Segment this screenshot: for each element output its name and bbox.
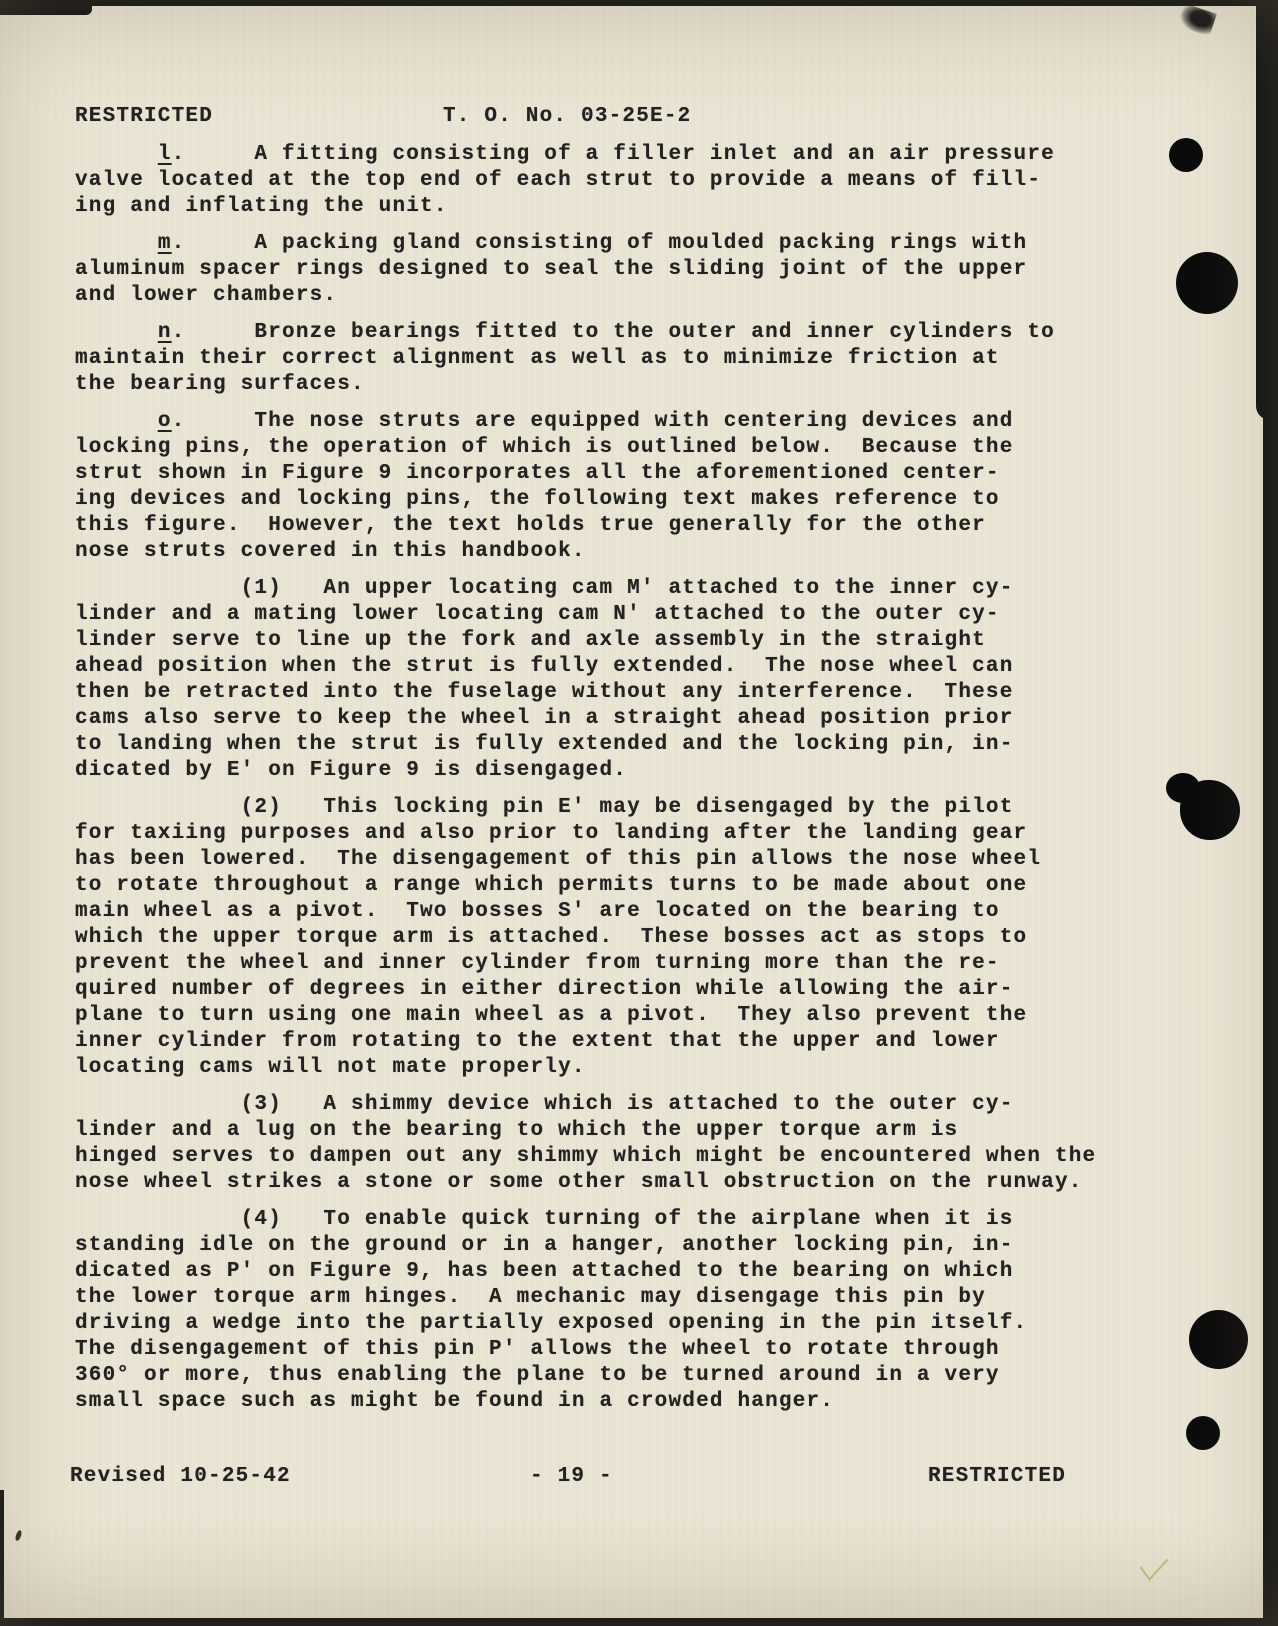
text-line: (4) To enable quick turning of the airpl… [75, 1207, 1096, 1233]
text-line: small space such as might be found in a … [75, 1389, 1096, 1415]
paragraph-label: (1) [241, 577, 282, 600]
text-line: main wheel as a pivot. Two bosses S' are… [75, 899, 1096, 925]
text-line: m. A packing gland consisting of moulded… [75, 231, 1096, 257]
text-line: ing devices and locking pins, the follow… [75, 487, 1096, 513]
header-classification: RESTRICTED [75, 104, 213, 130]
text-line: prevent the wheel and inner cylinder fro… [75, 951, 1096, 977]
paragraph-label: (3) [241, 1093, 282, 1116]
text-line: strut shown in Figure 9 incorporates all… [75, 461, 1096, 487]
scan-edge-left [0, 1490, 4, 1626]
text-line: inner cylinder from rotating to the exte… [75, 1029, 1096, 1055]
text-line: (3) A shimmy device which is attached to… [75, 1092, 1096, 1118]
text-line: nose wheel strikes a stone or some other… [75, 1170, 1096, 1196]
text-line: nose struts covered in this handbook. [75, 539, 1096, 565]
paragraph: (1) An upper locating cam M' attached to… [75, 576, 1096, 784]
text-line: for taxiing purposes and also prior to l… [75, 821, 1096, 847]
page-header: RESTRICTED T. O. No. 03-25E-2 [0, 104, 1278, 130]
text-line: o. The nose struts are equipped with cen… [75, 409, 1096, 435]
text-line: (2) This locking pin E' may be disengage… [75, 795, 1096, 821]
text-line: then be retracted into the fuselage with… [75, 680, 1096, 706]
footer-revision-date: Revised 10-25-42 [70, 1464, 291, 1490]
text-line: standing idle on the ground or in a hang… [75, 1233, 1096, 1259]
scan-edge-right [1263, 0, 1278, 1626]
paragraph: l. A fitting consisting of a filler inle… [75, 142, 1096, 220]
paragraph: n. Bronze bearings fitted to the outer a… [75, 320, 1096, 398]
text-line: linder and a mating lower locating cam N… [75, 602, 1096, 628]
text-line: linder serve to line up the fork and axl… [75, 628, 1096, 654]
paragraph-label: (2) [241, 796, 282, 819]
paragraph-label: n [158, 321, 172, 344]
text-line: and lower chambers. [75, 283, 1096, 309]
text-line: The disengagement of this pin P' allows … [75, 1337, 1096, 1363]
text-line: locating cams will not mate properly. [75, 1055, 1096, 1081]
text-line: hinged serves to dampen out any shimmy w… [75, 1144, 1096, 1170]
paragraph: m. A packing gland consisting of moulded… [75, 231, 1096, 309]
text-line: to rotate throughout a range which permi… [75, 873, 1096, 899]
header-to-number: T. O. No. 03-25E-2 [443, 104, 691, 130]
text-line: ing and inflating the unit. [75, 194, 1096, 220]
text-line: aluminum spacer rings designed to seal t… [75, 257, 1096, 283]
text-line: l. A fitting consisting of a filler inle… [75, 142, 1096, 168]
punch-hole [1189, 1310, 1248, 1369]
scan-edge-top-left [0, 0, 92, 15]
text-line: dicated as P' on Figure 9, has been atta… [75, 1259, 1096, 1285]
text-line: this figure. However, the text holds tru… [75, 513, 1096, 539]
paragraph: (3) A shimmy device which is attached to… [75, 1092, 1096, 1196]
scan-edge-bottom [0, 1618, 1278, 1626]
text-line: quired number of degrees in either direc… [75, 977, 1096, 1003]
text-line: plane to turn using one main wheel as a … [75, 1003, 1096, 1029]
punch-hole [1176, 252, 1238, 314]
page-footer: Revised 10-25-42 - 19 - RESTRICTED [0, 1464, 1278, 1490]
text-line: the lower torque arm hinges. A mechanic … [75, 1285, 1096, 1311]
punch-hole [1169, 138, 1203, 172]
text-line: cams also serve to keep the wheel in a s… [75, 706, 1096, 732]
text-line: locking pins, the operation of which is … [75, 435, 1096, 461]
paragraph-label: l [158, 143, 172, 166]
text-line: linder and a lug on the bearing to which… [75, 1118, 1096, 1144]
ink-smudge [1177, 3, 1217, 36]
paragraph: o. The nose struts are equipped with cen… [75, 409, 1096, 565]
paragraph-label: m [158, 232, 172, 255]
footer-page-number: - 19 - [530, 1464, 613, 1490]
text-line: dicated by E' on Figure 9 is disengaged. [75, 758, 1096, 784]
paragraph-label: o [158, 410, 172, 433]
text-line: to landing when the strut is fully exten… [75, 732, 1096, 758]
paragraph: (4) To enable quick turning of the airpl… [75, 1207, 1096, 1415]
stray-mark [15, 1530, 23, 1542]
pencil-check-mark [1140, 1547, 1168, 1581]
text-line: (1) An upper locating cam M' attached to… [75, 576, 1096, 602]
text-line: has been lowered. The disengagement of t… [75, 847, 1096, 873]
text-line: the bearing surfaces. [75, 372, 1096, 398]
text-line: which the upper torque arm is attached. … [75, 925, 1096, 951]
scan-edge-top [0, 0, 1278, 6]
footer-classification: RESTRICTED [928, 1464, 1066, 1490]
text-line: n. Bronze bearings fitted to the outer a… [75, 320, 1096, 346]
document-body: l. A fitting consisting of a filler inle… [75, 142, 1096, 1415]
scanned-document-page: RESTRICTED T. O. No. 03-25E-2 l. A fitti… [0, 0, 1278, 1626]
text-line: maintain their correct alignment as well… [75, 346, 1096, 372]
paragraph: (2) This locking pin E' may be disengage… [75, 795, 1096, 1081]
text-line: valve located at the top end of each str… [75, 168, 1096, 194]
punch-hole [1166, 773, 1200, 803]
paragraph-label: (4) [241, 1208, 282, 1231]
text-line: driving a wedge into the partially expos… [75, 1311, 1096, 1337]
text-line: ahead position when the strut is fully e… [75, 654, 1096, 680]
text-line: 360° or more, thus enabling the plane to… [75, 1363, 1096, 1389]
punch-hole [1186, 1416, 1220, 1450]
